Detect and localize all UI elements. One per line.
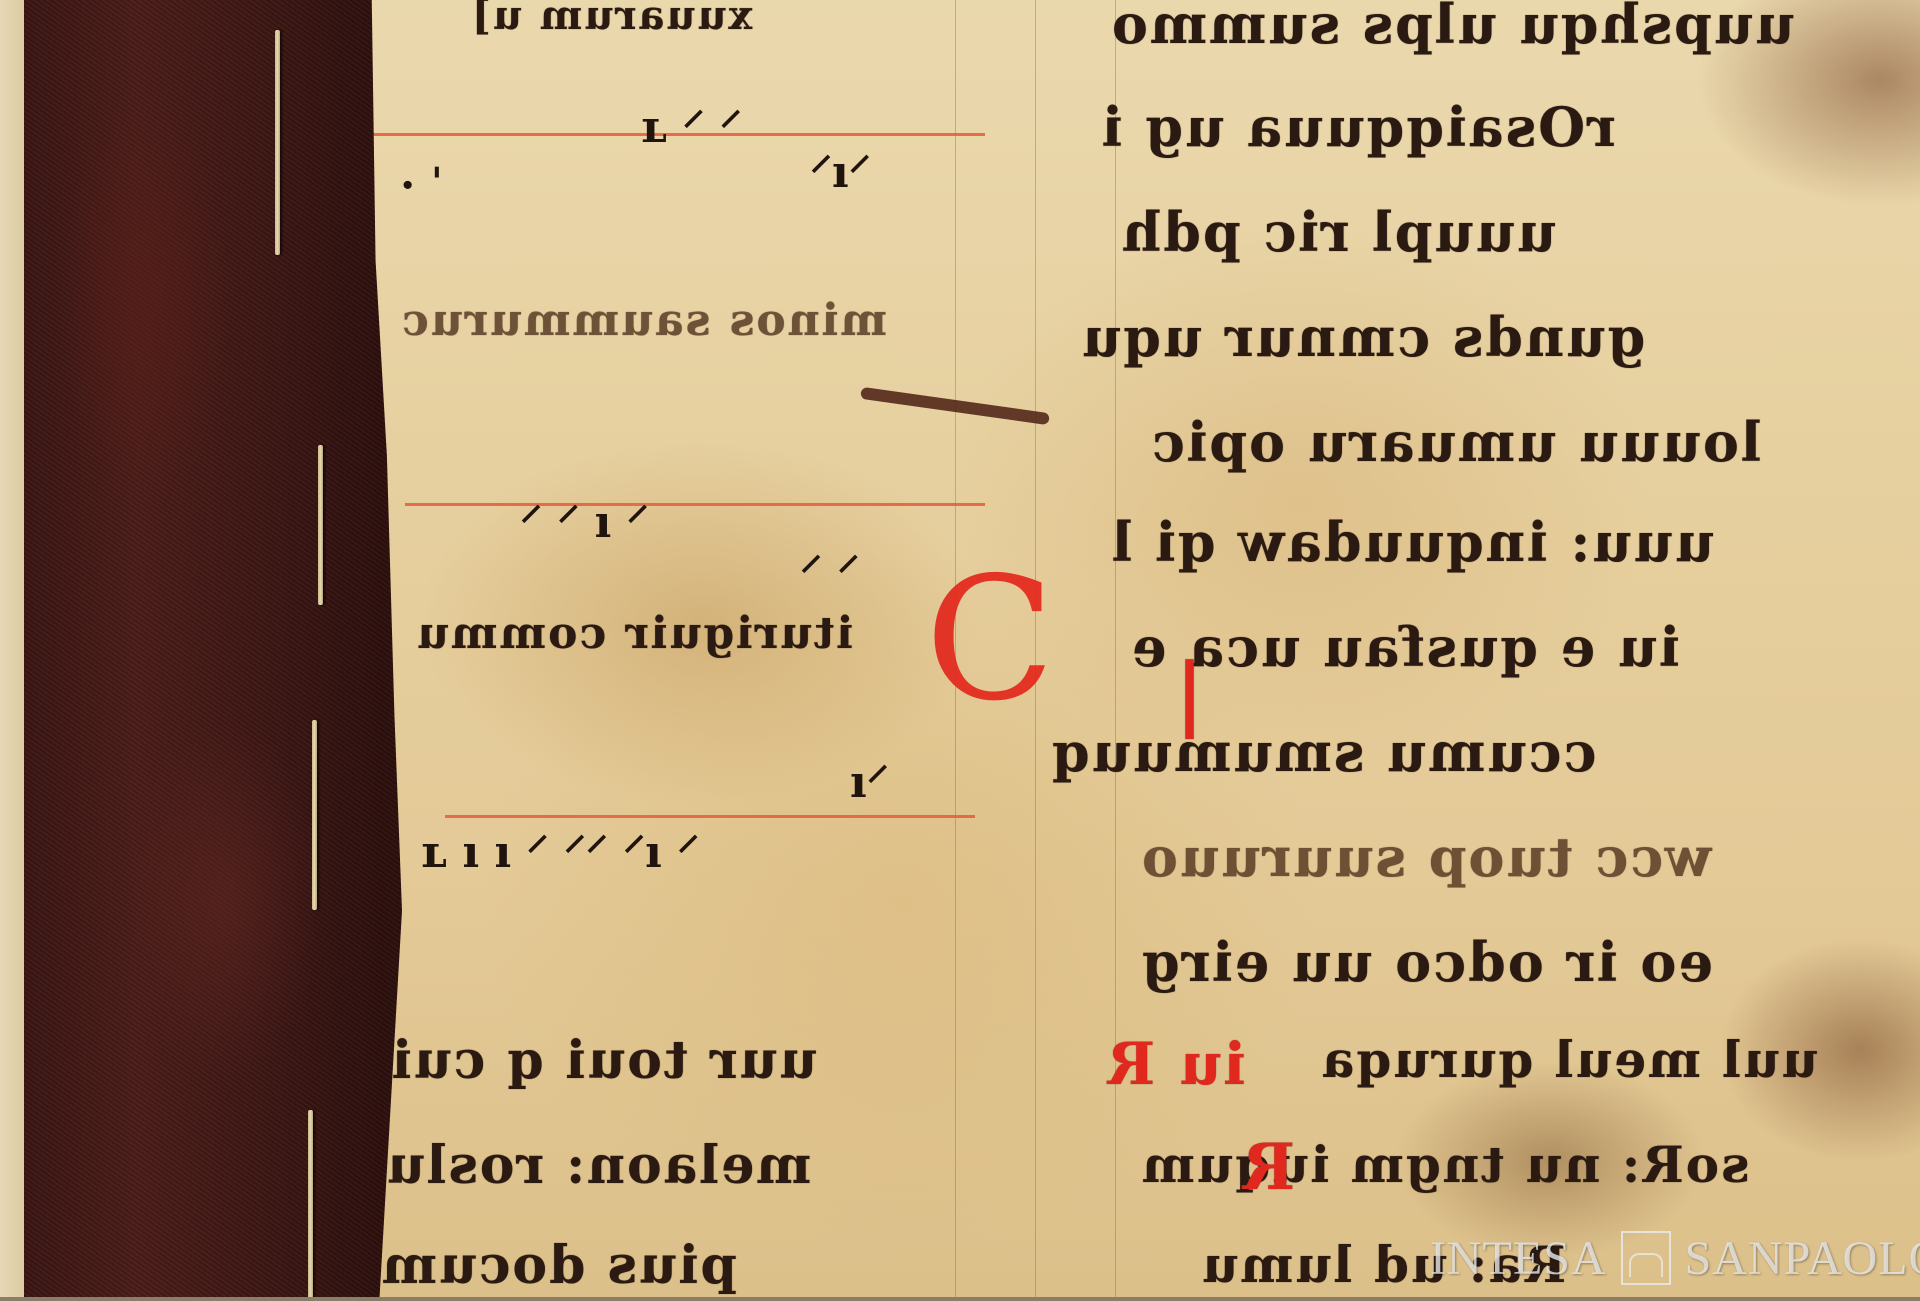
- red-initial-letter: C: [925, 555, 1055, 725]
- red-staff-line: [445, 815, 975, 818]
- script-line: uul meul quruqa: [1320, 1030, 1818, 1089]
- script-line: ccumu smumuuq: [1050, 720, 1596, 784]
- script-line: soR: nu tngm iuqum: [1140, 1135, 1749, 1194]
- script-line: uuu: inquudaw qi l: [1110, 510, 1714, 574]
- watermark-right-text: SANPAOLO: [1685, 1231, 1920, 1286]
- script-line: iu e qusfau uca e: [1130, 615, 1680, 679]
- binding-stitch: [308, 1110, 313, 1301]
- red-rubric: R: [1240, 1130, 1295, 1205]
- column-rule: [1115, 0, 1116, 1301]
- binding-stitch: [275, 30, 280, 255]
- script-line: xuuarum u]: [470, 0, 752, 39]
- neume: ⸍ ⸍ ı ⸍: [520, 490, 649, 550]
- manuscript-photo: · ˈ ʟ ⸍ ⸍ ⸍ı⸍ ⸍ ⸍ ı ⸍ ⸍ ⸍ ʟ ı ı ⸍ ⸍⸍ ⸍ı …: [0, 0, 1920, 1301]
- arch-icon: [1621, 1231, 1671, 1285]
- neume: ⸍ı⸍: [810, 140, 871, 200]
- bottom-border: [0, 1297, 1920, 1301]
- binding-stitch: [312, 720, 317, 910]
- script-line: melaon: roslu: [385, 1135, 811, 1196]
- script-line: eo ir odco uu eirg: [1140, 930, 1713, 994]
- binding-stitch: [318, 445, 323, 605]
- script-line: minos saummuruc: [400, 295, 887, 346]
- neume: · ˈ: [400, 160, 443, 211]
- script-line: uur toui q cui: [390, 1030, 817, 1091]
- neume: ⸍ ⸍: [800, 540, 859, 600]
- script-line: rOsaiqquua ug i: [1100, 95, 1616, 159]
- watermark: INTESA SANPAOLO: [1430, 1228, 1920, 1288]
- script-line: louuu umuaru opic: [1150, 410, 1761, 474]
- red-rubric-stroke: |: [1175, 645, 1206, 739]
- script-line: pius docum: [380, 1235, 737, 1296]
- red-staff-line: [405, 503, 985, 506]
- script-line: wcc tuop suuruuo: [1140, 825, 1712, 889]
- script-line: ituriguir commu: [415, 608, 853, 659]
- red-rubric: iu R: [1105, 1030, 1246, 1098]
- leather-binding-strip: [24, 0, 402, 1301]
- neume: ʟ ı ı ⸍ ⸍⸍ ⸍ı ⸍: [420, 820, 699, 880]
- script-line: uupshqu ulps summo: [1110, 0, 1794, 56]
- watermark-left-text: INTESA: [1430, 1231, 1607, 1286]
- neume: ʟ ⸍ ⸍: [640, 95, 742, 155]
- script-line: gunds cmnur uqu: [1080, 305, 1645, 369]
- neume: ı⸍: [850, 750, 889, 810]
- script-line: uuupl ric pdh: [1120, 200, 1556, 264]
